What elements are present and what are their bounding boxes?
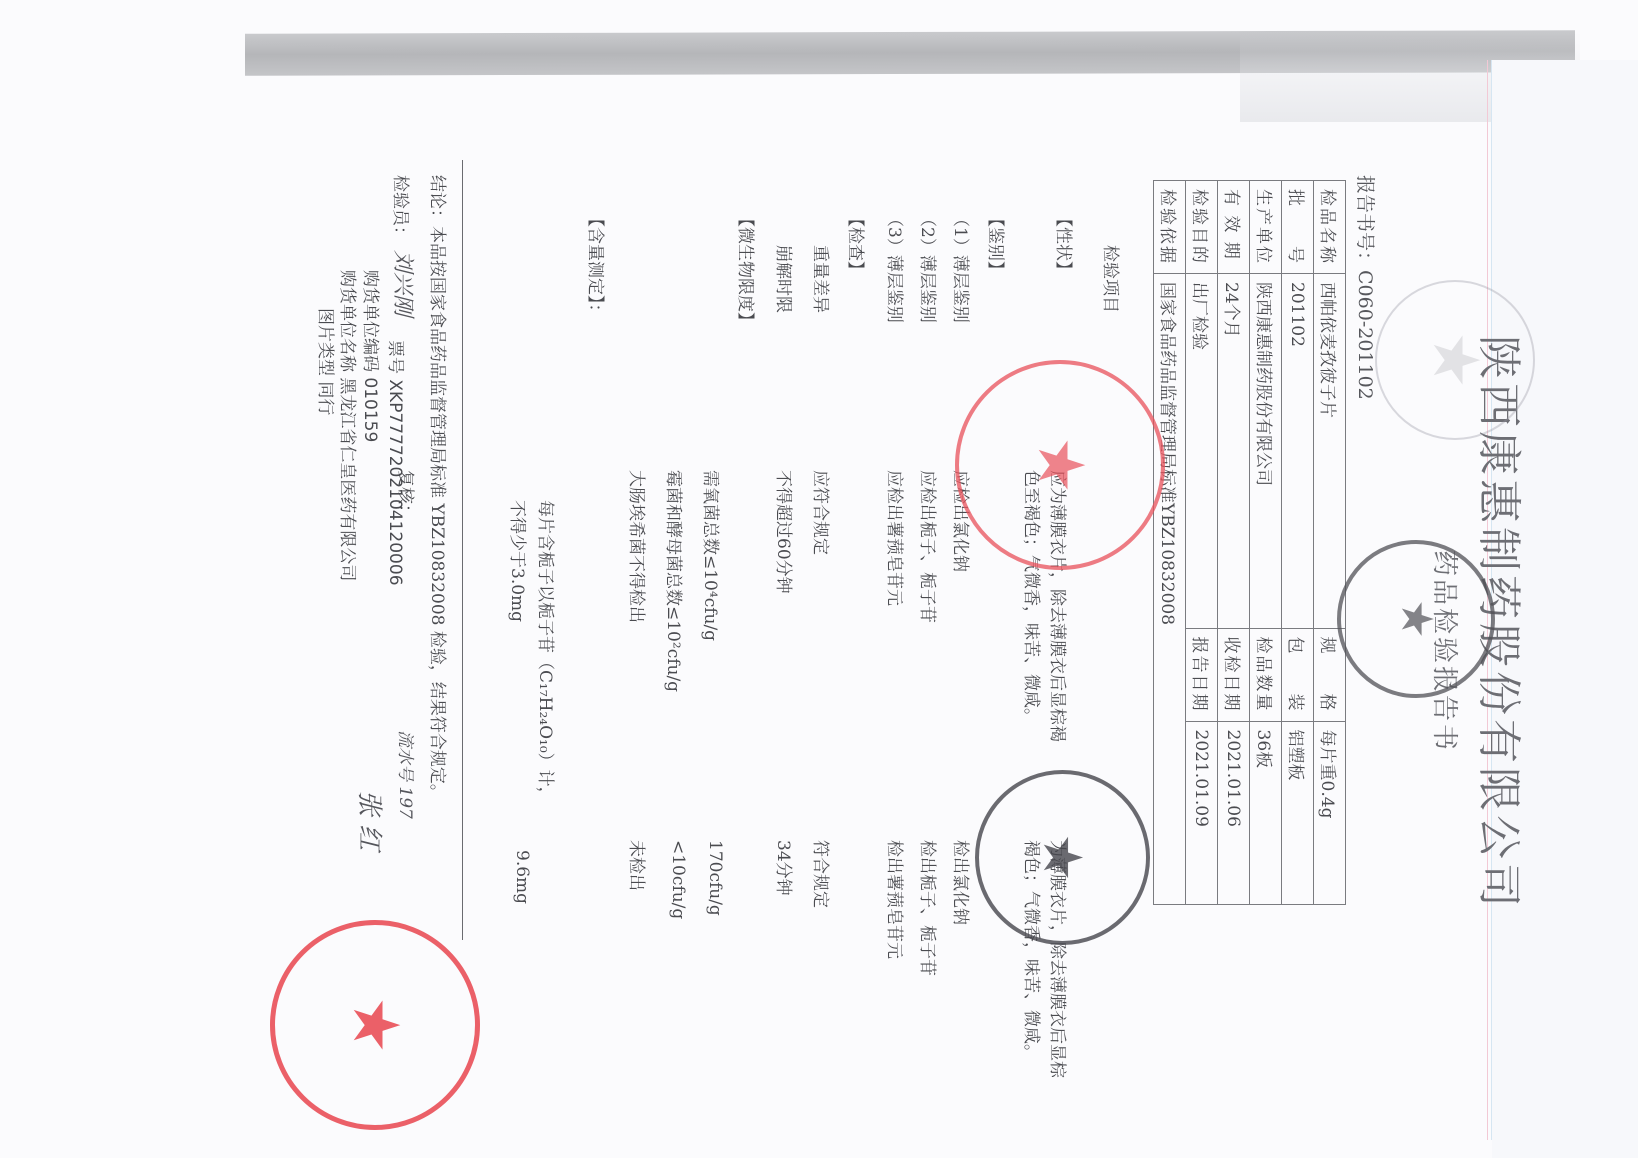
info-label-2: 报告日期 xyxy=(1186,628,1218,721)
test-standard: 应符合规定 xyxy=(810,470,835,555)
quality-stamp-gray: ★ xyxy=(975,770,1150,945)
star-icon: ★ xyxy=(1036,833,1090,881)
info-label: 检验目的 xyxy=(1186,181,1218,274)
info-label: 检品名称 xyxy=(1314,181,1346,274)
info-value: 西帕依麦孜彼子片 xyxy=(1314,274,1346,629)
info-value: 国家食品药品监督管理局标准YBZ10832008 xyxy=(1154,274,1186,905)
image-type-label: 图片类型 xyxy=(315,308,335,376)
info-label: 有 效 期 xyxy=(1218,181,1250,274)
buyer-code-value: 010159 xyxy=(360,377,380,442)
test-standard: 霉菌和酵母菌总数≤10²cfu/g xyxy=(663,470,688,692)
test-item: （3）薄层鉴别 xyxy=(884,210,909,323)
test-result: 未检出 xyxy=(626,840,651,891)
test-item: 重量差异 xyxy=(810,245,835,313)
buyer-name-value: 黑龙江省仁皇医药有限公司 xyxy=(337,377,357,581)
assay-standard-1: 每片含栀子以栀子苷（C₁₇H₂₄O₁₀）计， xyxy=(535,500,560,804)
ticket-value: XKP7777202104120006 xyxy=(385,379,405,585)
inspection-stamp-gray: ★ xyxy=(1337,540,1495,698)
ticket-label: 票号 xyxy=(385,340,405,374)
info-label-2: 包 装 xyxy=(1282,628,1314,721)
info-value-2: 铝塑板 xyxy=(1282,721,1314,904)
image-type-value: 同行 xyxy=(315,381,335,415)
star-icon: ★ xyxy=(1423,331,1487,388)
assay-result: 9.6mg xyxy=(512,850,532,904)
assay-title: 【含量测定】： xyxy=(585,210,610,321)
inspector-signature: 刘兴刚 xyxy=(389,250,420,316)
quality-stamp-red: ★ xyxy=(270,920,480,1130)
star-icon: ★ xyxy=(343,996,407,1053)
test-standard: 大肠埃希菌不得检出 xyxy=(626,470,651,623)
buyer-code-label: 购货单位编码 xyxy=(360,270,380,372)
buyer-name: 购货单位名称 黑龙江省仁皇医药有限公司 xyxy=(337,270,362,581)
info-row: 检品名称西帕依麦孜彼子片规 格每片重0.4g xyxy=(1314,181,1346,905)
column-item-header: 检验项目 xyxy=(1100,245,1125,313)
test-standard: 需氧菌总数≤10⁴cfu/g xyxy=(700,470,725,641)
info-value: 24个月 xyxy=(1218,274,1250,629)
info-label-2: 收检日期 xyxy=(1218,628,1250,721)
test-result: 符合规定 xyxy=(810,840,835,908)
info-value-2: 每片重0.4g xyxy=(1314,721,1346,904)
info-value: 陕西康惠制药股份有限公司 xyxy=(1250,274,1282,629)
info-label-2: 检品数量 xyxy=(1250,628,1282,721)
faint-company-stamp: ★ xyxy=(1375,280,1535,440)
approver-signature: 张 红 xyxy=(353,790,390,850)
buyer-code: 购货单位编码 010159 xyxy=(360,270,385,442)
test-item: 崩解时限 xyxy=(773,245,798,313)
inspection-title: 【检查】 xyxy=(845,210,870,278)
report-number-label: 报告书号： xyxy=(1354,175,1376,270)
traits-title: 【性状】 xyxy=(1053,210,1078,278)
info-row: 检验目的出厂检验报告日期2021.01.09 xyxy=(1186,181,1218,905)
test-standard: 应检出薯蓣皂苷元 xyxy=(884,470,909,606)
handwritten-id-label: 流水号 xyxy=(395,730,415,781)
info-row: 批 号201102包 装铝塑板 xyxy=(1282,181,1314,905)
test-standard: 应检出栀子、栀子苷 xyxy=(917,470,942,623)
test-result: 检出栀子、栀子苷 xyxy=(917,840,942,976)
assay-standard-2: 不得少于3.0mg xyxy=(507,500,532,622)
inspector-label: 检验员： xyxy=(390,175,415,243)
test-result: 检出薯蓣皂苷元 xyxy=(884,840,909,959)
info-row: 生产单位陕西康惠制药股份有限公司检品数量36板 xyxy=(1250,181,1282,905)
info-value: 201102 xyxy=(1282,274,1314,629)
info-value-2: 2021.01.06 xyxy=(1218,721,1250,904)
info-value-2: 2021.01.09 xyxy=(1186,721,1218,904)
red-company-stamp: ★ xyxy=(955,360,1165,570)
inspection-report-page: 陕西康惠制药股份有限公司 药品检验报告书 报告书号：C060-201102 检品… xyxy=(320,150,1560,1150)
image-type: 图片类型 同行 xyxy=(315,308,340,415)
buyer-name-label: 购货单位名称 xyxy=(337,270,357,372)
conclusion-divider xyxy=(462,160,463,940)
test-result: 34分钟 xyxy=(773,840,798,896)
handwritten-id: 流水号 197 xyxy=(395,730,420,819)
info-value-2: 36板 xyxy=(1250,721,1282,904)
test-item: （1）薄层鉴别 xyxy=(950,210,975,323)
ticket-number: 票号 XKP7777202104120006 xyxy=(385,340,410,586)
star-icon: ★ xyxy=(1028,436,1092,493)
star-icon: ★ xyxy=(1394,599,1438,638)
info-row: 检验依据国家食品药品监督管理局标准YBZ10832008 xyxy=(1154,181,1186,905)
test-item: （2）薄层鉴别 xyxy=(917,210,942,323)
info-label: 批 号 xyxy=(1282,181,1314,274)
test-standard: 不得超过60分钟 xyxy=(773,470,798,594)
test-result: <10cfu/g xyxy=(668,840,688,919)
info-table: 检品名称西帕依麦孜彼子片规 格每片重0.4g批 号201102包 装铝塑板生产单… xyxy=(1153,180,1346,905)
info-label: 检验依据 xyxy=(1154,181,1186,274)
info-label: 生产单位 xyxy=(1250,181,1282,274)
info-row: 有 效 期24个月收检日期2021.01.06 xyxy=(1218,181,1250,905)
info-value: 出厂检验 xyxy=(1186,274,1218,629)
conclusion-text: 结论：本品按国家食品药品监督管理局标准 YBZ10832008 检验，结果符合规… xyxy=(427,175,452,801)
report-number-value: C060-201102 xyxy=(1354,270,1376,400)
identification-title: 【鉴别】 xyxy=(985,210,1010,278)
test-result: 170cfu/g xyxy=(705,840,725,916)
test-result: 检出氯化钠 xyxy=(950,840,975,925)
handwritten-id-value: 197 xyxy=(395,786,415,818)
microbial-title: 【微生物限度】 xyxy=(735,210,760,329)
